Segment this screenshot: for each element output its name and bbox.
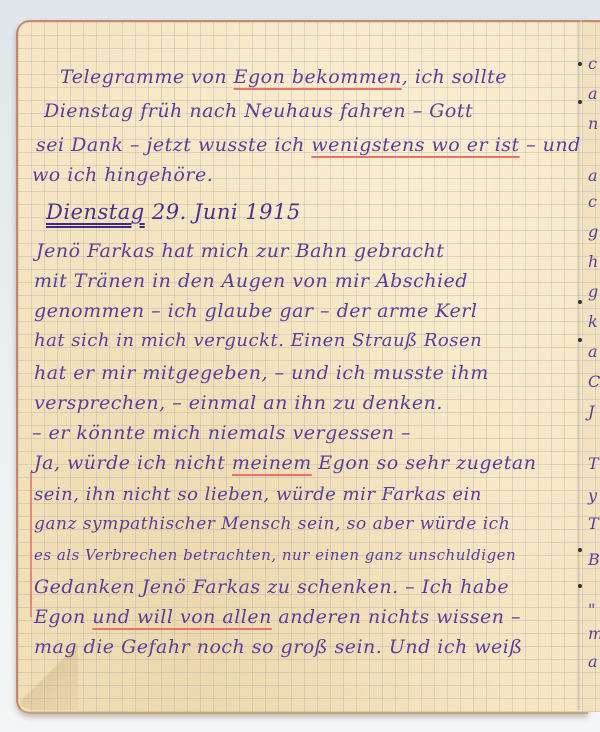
text-segment: Ja, würde ich nicht	[34, 452, 232, 474]
text-line-2: Dienstag früh nach Neuhaus fahren – Gott	[44, 100, 473, 122]
adjacent-fragment: J	[588, 402, 594, 421]
adjacent-fragment: "	[588, 600, 595, 619]
text-line-11: versprechen, – einmal an ihn zu denken.	[34, 392, 443, 414]
text-line-10: hat er mir mitgegeben, – und ich musste …	[34, 362, 489, 384]
text-segment: versprechen, – einmal an ihn zu denken.	[34, 392, 443, 414]
text-line-15: ganz sympathischer Mensch sein, so aber …	[34, 514, 510, 534]
text-segment: anderen nichts wissen –	[272, 606, 521, 628]
text-line-17: Gedanken Jenö Farkas zu schenken. – Ich …	[34, 576, 509, 598]
adjacent-fragment: T	[588, 454, 599, 473]
text-segment: es als Verbrechen betrachten, nur einen …	[34, 546, 516, 564]
text-segment: wo ich hingehöre.	[32, 164, 213, 186]
text-segment: genommen – ich glaube gar – der arme Ker…	[34, 300, 477, 322]
underlined-text: wenigstens wo er ist	[311, 134, 519, 156]
text-segment: – er könnte mich niemals vergessen –	[32, 422, 411, 444]
text-line-7: mit Tränen in den Augen von mir Abschied	[34, 270, 468, 292]
stitch-hole	[578, 62, 582, 66]
text-line-4: wo ich hingehöre.	[32, 164, 213, 186]
underlined-text: Egon bekommen	[234, 66, 402, 88]
adjacent-fragment: c	[588, 54, 597, 73]
underlined-text: und will von allen	[92, 606, 272, 628]
text-line-1: Telegramme von Egon bekommen, ich sollte	[60, 66, 507, 88]
adjacent-fragment: m	[588, 624, 600, 643]
text-segment: Dienstag früh nach Neuhaus fahren – Gott	[44, 100, 473, 122]
text-segment: , ich sollte	[402, 66, 507, 88]
text-segment: Egon	[34, 606, 92, 628]
underlined-text: meinem	[232, 452, 312, 474]
text-segment: Telegramme von	[60, 66, 234, 88]
text-segment: Egon so sehr zugetan	[312, 452, 537, 474]
text-segment: Gedanken Jenö Farkas zu schenken. – Ich …	[34, 576, 509, 598]
text-line-14: sein, ihn nicht so lieben, würde mir Far…	[34, 484, 482, 505]
stitch-hole	[578, 338, 582, 342]
adjacent-fragment: k	[588, 312, 598, 331]
adjacent-fragment: T	[588, 514, 599, 533]
text-line-3: sei Dank – jetzt wusste ich wenigstens w…	[36, 134, 581, 156]
adjacent-fragment: a	[588, 652, 598, 671]
text-segment: mit Tränen in den Augen von mir Abschied	[34, 270, 468, 292]
text-line-12: – er könnte mich niemals vergessen –	[32, 422, 411, 444]
adjacent-fragment: n	[588, 114, 598, 133]
stitch-hole	[578, 100, 582, 104]
stitch-hole	[578, 584, 582, 588]
adjacent-fragment: y	[588, 486, 597, 505]
text-segment: sein, ihn nicht so lieben, würde mir Far…	[34, 484, 482, 505]
red-margin-mark	[30, 472, 32, 617]
text-segment: Jenö Farkas hat mich zur Bahn gebracht	[36, 240, 444, 262]
text-segment: hat er mir mitgegeben, – und ich musste …	[34, 362, 489, 384]
adjacent-fragment: h	[588, 252, 598, 271]
adjacent-fragment: C	[588, 372, 600, 391]
text-line-16: es als Verbrechen betrachten, nur einen …	[34, 546, 516, 564]
entry-date-heading: Dienstag 29. Juni 1915	[46, 200, 301, 224]
text-segment: sei Dank – jetzt wusste ich	[36, 134, 311, 156]
stitch-hole	[578, 300, 582, 304]
stitch-hole	[578, 548, 582, 552]
text-segment: mag die Gefahr noch so groß sein. Und ic…	[34, 636, 523, 658]
text-segment: hat sich in mich verguckt. Einen Strauß …	[34, 330, 482, 351]
text-line-6: Jenö Farkas hat mich zur Bahn gebracht	[36, 240, 444, 262]
text-line-18: Egon und will von allen anderen nichts w…	[34, 606, 521, 628]
date: 29. Juni 1915	[145, 200, 301, 224]
adjacent-fragment: a	[588, 84, 598, 103]
adjacent-fragment: g	[588, 282, 598, 301]
adjacent-fragment: a	[588, 342, 598, 361]
weekday: Dienstag	[46, 200, 145, 224]
adjacent-fragment: c	[588, 192, 597, 211]
text-segment: – und	[520, 134, 581, 156]
text-line-8: genommen – ich glaube gar – der arme Ker…	[34, 300, 477, 322]
adjacent-fragment: B	[588, 550, 600, 569]
adjacent-fragment: a	[588, 166, 598, 185]
adjacent-fragment: g	[588, 222, 598, 241]
text-line-19: mag die Gefahr noch so groß sein. Und ic…	[34, 636, 523, 658]
text-line-9: hat sich in mich verguckt. Einen Strauß …	[34, 330, 482, 351]
text-segment: ganz sympathischer Mensch sein, so aber …	[34, 514, 510, 534]
text-line-13: Ja, würde ich nicht meinem Egon so sehr …	[34, 452, 537, 474]
